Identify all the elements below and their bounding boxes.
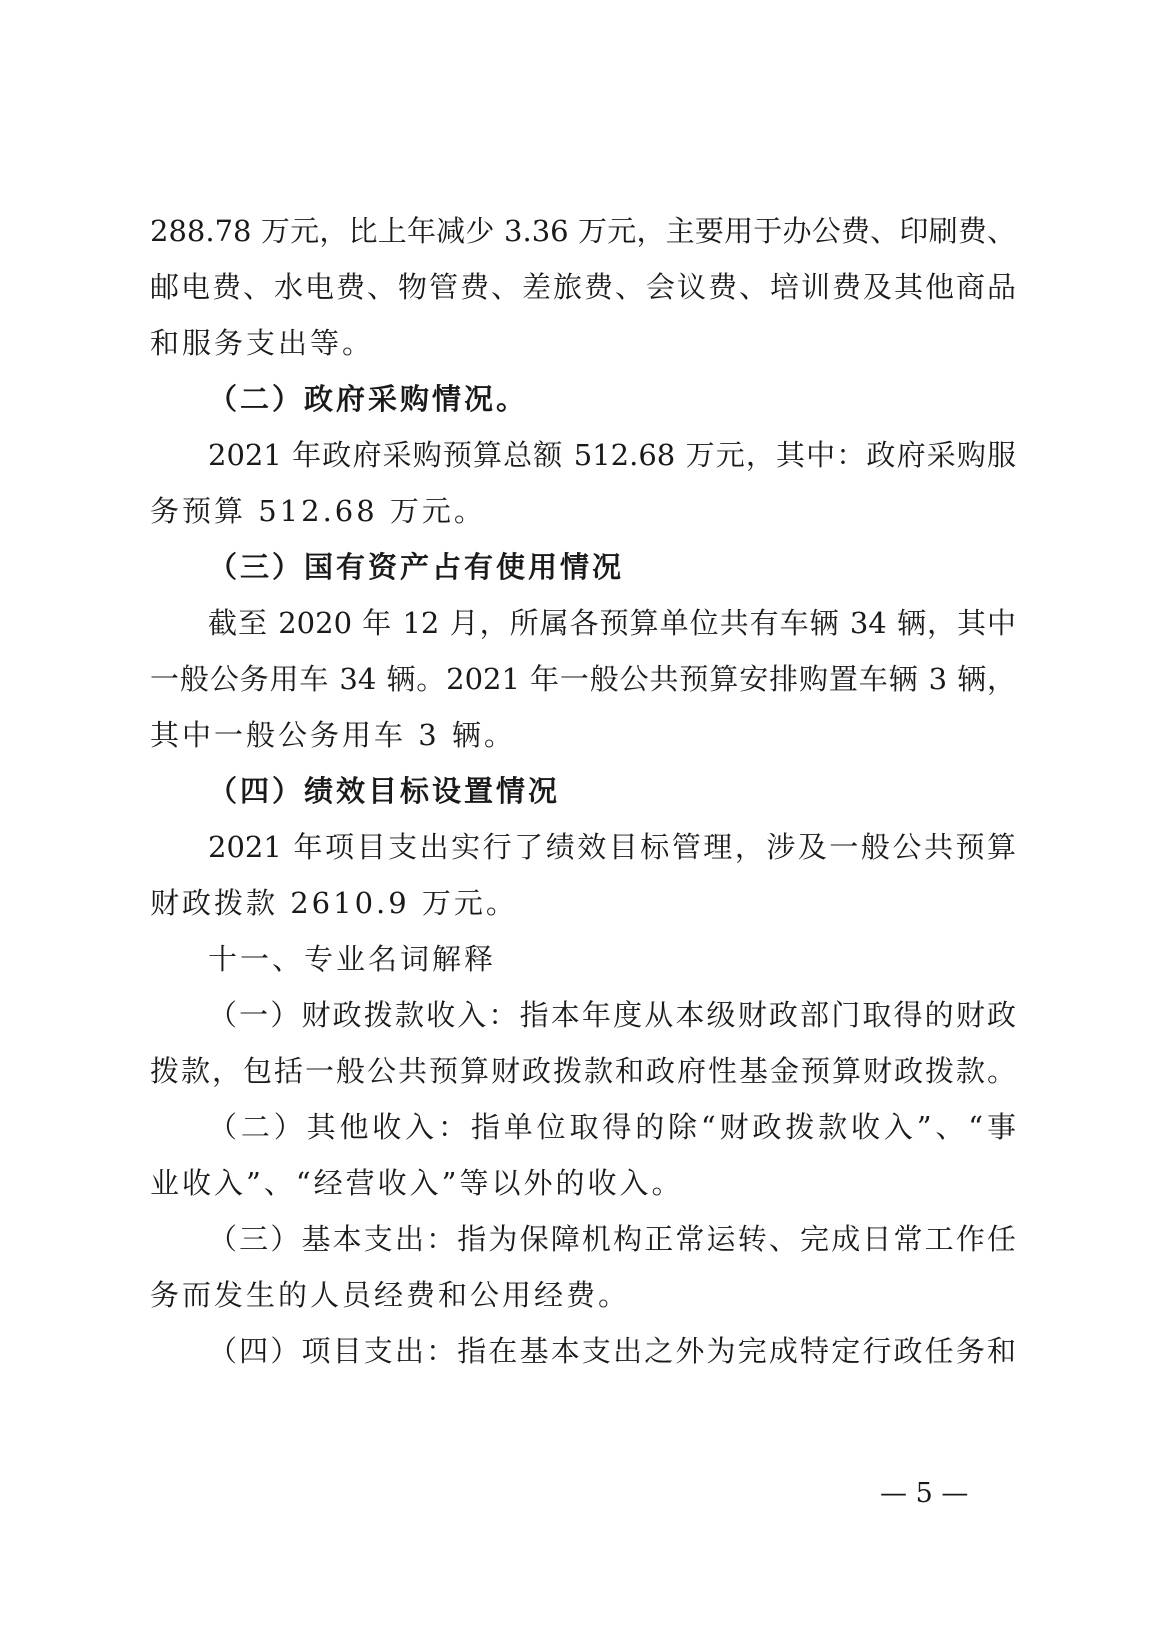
paragraph-line: 务预算 512.68 万元。: [150, 491, 1016, 531]
glossary-item-line: 务而发生的人员经费和公用经费。: [150, 1275, 1016, 1315]
glossary-item-line: 业收入”、“经营收入”等以外的收入。: [150, 1163, 1016, 1203]
section-heading-procurement: （二）政府采购情况。: [208, 379, 1016, 419]
document-page: 288.78 万元，比上年减少 3.36 万元，主要用于办公费、印刷费、 邮电费…: [0, 0, 1167, 1650]
glossary-item-line: （三）基本支出：指为保障机构正常运转、完成日常工作任: [208, 1219, 1016, 1259]
paragraph-line: 2021 年政府采购预算总额 512.68 万元，其中：政府采购服: [208, 435, 1016, 475]
paragraph-line: 2021 年项目支出实行了绩效目标管理，涉及一般公共预算: [208, 827, 1016, 867]
glossary-item-line: 拨款，包括一般公共预算财政拨款和政府性基金预算财政拨款。: [150, 1051, 1016, 1091]
paragraph-line: 一般公务用车 34 辆。2021 年一般公共预算安排购置车辆 3 辆，: [150, 659, 1016, 699]
paragraph-line: 288.78 万元，比上年减少 3.36 万元，主要用于办公费、印刷费、: [150, 211, 1016, 251]
paragraph-line: 其中一般公务用车 3 辆。: [150, 715, 1016, 755]
glossary-item-line: （四）项目支出：指在基本支出之外为完成特定行政任务和: [208, 1331, 1016, 1371]
section-title-glossary: 十一、专业名词解释: [208, 939, 1016, 979]
paragraph-line: 和服务支出等。: [150, 323, 1016, 363]
section-heading-performance: （四）绩效目标设置情况: [208, 771, 1016, 811]
paragraph-line: 邮电费、水电费、物管费、差旅费、会议费、培训费及其他商品: [150, 267, 1016, 307]
glossary-item-line: （二）其他收入：指单位取得的除“财政拨款收入”、“事: [208, 1107, 1016, 1147]
paragraph-line: 财政拨款 2610.9 万元。: [150, 883, 1016, 923]
paragraph-line: 截至 2020 年 12 月，所属各预算单位共有车辆 34 辆，其中: [208, 603, 1016, 643]
section-heading-assets: （三）国有资产占有使用情况: [208, 547, 1016, 587]
page-number: — 5 —: [880, 1479, 968, 1509]
glossary-item-line: （一）财政拨款收入：指本年度从本级财政部门取得的财政: [208, 995, 1016, 1035]
